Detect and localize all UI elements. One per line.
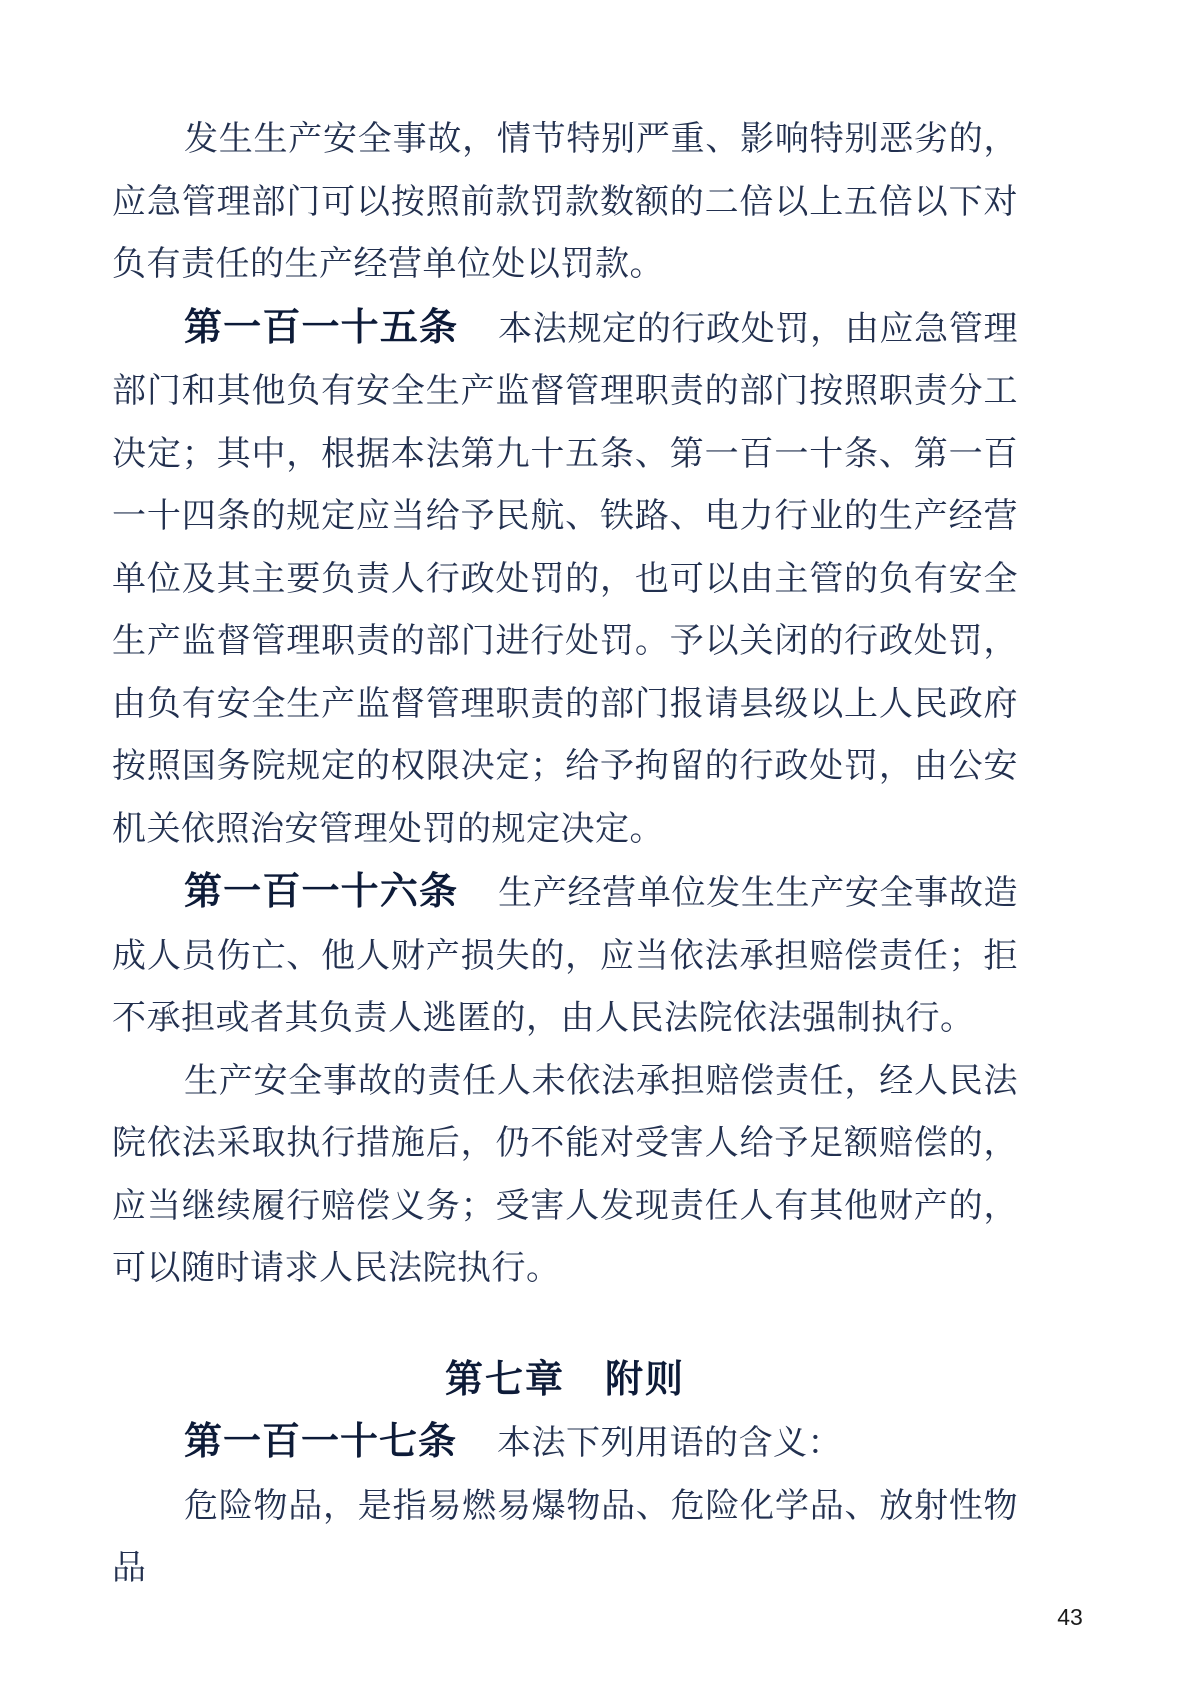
paragraph: 发生生产安全事故，情节特别严重、影响特别恶劣的，应急管理部门可以按照前款罚款数额… xyxy=(112,109,1018,297)
paragraph: 生产安全事故的责任人未依法承担赔偿责任，经人民法院依法采取执行措施后，仍不能对受… xyxy=(112,1051,1018,1301)
paragraph: 第一百一十七条本法下列用语的含义： xyxy=(112,1411,1018,1476)
paragraph: 第一百一十五条本法规定的行政处罚，由应急管理部门和其他负有安全生产监督管理职责的… xyxy=(112,297,1018,862)
paragraph: 危险物品，是指易燃易爆物品、危险化学品、放射性物品 xyxy=(112,1476,1018,1601)
paragraph-text: 危险物品，是指易燃易爆物品、危险化学品、放射性物品 xyxy=(112,1488,1018,1588)
article-number: 第一百一十五条 xyxy=(184,307,458,349)
paragraph-text: 本法规定的行政处罚，由应急管理部门和其他负有安全生产监督管理职责的部门按照职责分… xyxy=(112,311,1018,848)
paragraph-text: 发生生产安全事故，情节特别严重、影响特别恶劣的，应急管理部门可以按照前款罚款数额… xyxy=(112,121,1018,283)
paragraph: 第一百一十六条生产经营单位发生生产安全事故造成人员伤亡、他人财产损失的，应当依法… xyxy=(112,861,1018,1051)
page-number: 43 xyxy=(1050,1604,1090,1631)
chapter-heading: 第七章 附则 xyxy=(112,1349,1018,1412)
paragraph-text: 本法下列用语的含义： xyxy=(497,1425,842,1462)
article-number: 第一百一十七条 xyxy=(184,1421,457,1463)
document-page: 发生生产安全事故，情节特别严重、影响特别恶劣的，应急管理部门可以按照前款罚款数额… xyxy=(0,0,1190,1683)
paragraph-text: 生产安全事故的责任人未依法承担赔偿责任，经人民法院依法采取执行措施后，仍不能对受… xyxy=(112,1063,1018,1288)
article-number: 第一百一十六条 xyxy=(184,871,458,913)
document-body: 发生生产安全事故，情节特别严重、影响特别恶劣的，应急管理部门可以按照前款罚款数额… xyxy=(112,109,1018,1601)
